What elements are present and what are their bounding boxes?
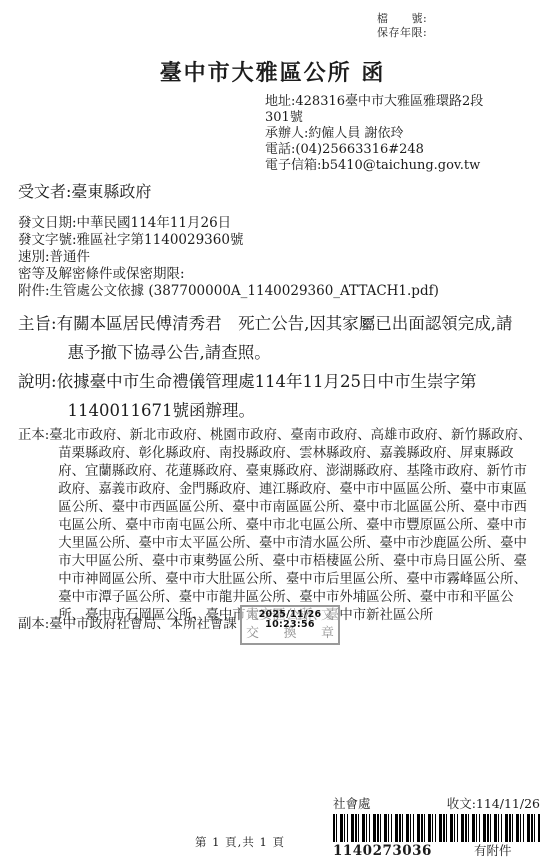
meta-date: 發文日期:中華民國114年11月26日 [18, 215, 528, 232]
stamp-datetime: 2025/11/26 10:23:56 [242, 610, 338, 629]
receipt-received-date: 收文:114/11/26 [447, 796, 540, 812]
carbon-copy-label: 副本: [18, 617, 49, 632]
original-copy-paragraph: 正本:臺北市政府、新北市政府、桃園市政府、臺南市政府、高雄市政府、新竹縣政府、苗… [18, 427, 533, 625]
description-label: 說明: [18, 372, 57, 391]
carbon-copy-text: 臺中市政府社會局、本所社會課 [49, 617, 236, 632]
recipient-line: 受文者:臺東縣政府 [18, 179, 151, 202]
electronic-exchange-stamp: 電子公文 交換章 2025/11/26 10:23:56 [240, 605, 340, 645]
meta-priority: 速別:普通件 [18, 249, 528, 266]
original-copy-label: 正本: [18, 428, 49, 443]
description-paragraph: 說明:依據臺中市生命禮儀管理處114年11月25日中市生崇字第114001167… [18, 367, 522, 425]
receipt-header: 社會處 收文:114/11/26 [333, 796, 540, 812]
page-footer: 第 1 頁,共 1 頁 [0, 834, 480, 850]
receipt-department: 社會處 [333, 796, 371, 812]
document-title: 臺中市大雅區公所 函 [0, 56, 545, 87]
original-copy-text: 臺北市政府、新北市政府、桃園市政府、臺南市政府、高雄市政府、新竹縣政府、苗栗縣政… [49, 428, 531, 623]
meta-block: 發文日期:中華民國114年11月26日 發文字號:雅區社字第1140029360… [18, 215, 528, 300]
description-text: 依據臺中市生命禮儀管理處114年11月25日中市生崇字第1140011671號函… [57, 372, 477, 420]
document-page: 檔 號: 保存年限: 臺中市大雅區公所 函 地址:428316臺中市大雅區雅環路… [0, 0, 545, 864]
subject-label: 主旨: [18, 314, 57, 333]
meta-doc-number: 發文字號:雅區社字第1140029360號 [18, 232, 528, 249]
file-no-label: 檔 號: [377, 12, 427, 26]
sender-info-block: 地址:428316臺中市大雅區雅環路2段301號 承辦人:約僱人員 謝依玲 電話… [265, 94, 507, 174]
sender-contact: 承辦人:約僱人員 謝依玲 [265, 126, 507, 142]
file-number-block: 檔 號: 保存年限: [377, 12, 427, 40]
sender-email: 電子信箱:b5410@taichung.gov.tw [265, 158, 507, 174]
sender-address: 地址:428316臺中市大雅區雅環路2段301號 [265, 94, 507, 126]
subject-paragraph: 主旨:有關本區居民傅清秀君 死亡公告,因其家屬已出面認領完成,請惠予撤下協尋公告… [18, 309, 522, 367]
sender-phone: 電話:(04)25663316#248 [265, 142, 507, 158]
meta-attachment: 附件:生管處公文依據 (387700000A_1140029360_ATTACH… [18, 283, 528, 300]
meta-security: 密等及解密條件或保密期限: [18, 266, 528, 283]
stamp-time: 10:23:56 [242, 620, 338, 630]
subject-text: 有關本區居民傅清秀君 死亡公告,因其家屬已出面認領完成,請惠予撤下協尋公告,請查… [57, 314, 513, 362]
retention-label: 保存年限: [377, 26, 427, 40]
